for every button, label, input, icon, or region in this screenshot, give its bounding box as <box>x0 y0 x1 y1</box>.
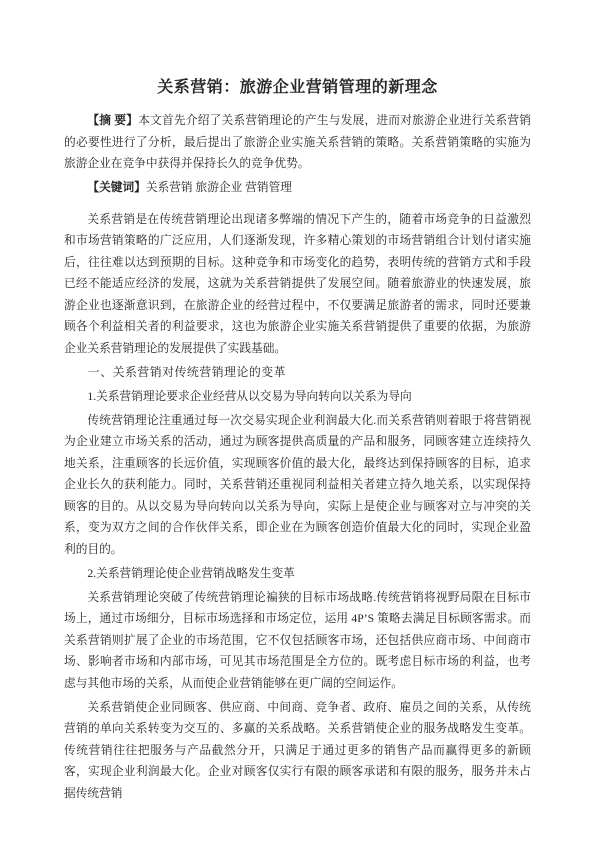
abstract-paragraph: 【摘 要】本文首先介绍了关系营销理论的产生与发展，进而对旅游企业进行关系营销的必… <box>64 110 531 175</box>
document-page: 关系营销：旅游企业营销管理的新理念 【摘 要】本文首先介绍了关系营销理论的产生与… <box>0 0 595 842</box>
section-heading-1: 一、关系营销对传统营销理论的变革 <box>64 362 531 384</box>
keywords-text: 关系营销 旅游企业 营销管理 <box>146 181 292 194</box>
body-paragraph-service-strategy: 关系营销使企业同顾客、供应商、中间商、竞争者、政府、雇员之间的关系，从传统营销的… <box>64 697 531 805</box>
keywords-paragraph: 【关键词】关系营销 旅游企业 营销管理 <box>64 177 531 199</box>
body-paragraph-intro: 关系营销是在传统营销理论出现诸多弊端的情况下产生的，随着市场竞争的日益激烈和市场… <box>64 209 531 360</box>
body-paragraph-market-strategy: 关系营销理论突破了传统营销理论褊狭的目标市场战略.传统营销将视野局限在目标市场上… <box>64 587 531 695</box>
body-paragraph-transaction-to-relationship: 传统营销理论注重通过每一次交易实现企业利润最大化.而关系营销则着眼于将营销视为企… <box>64 410 531 561</box>
subsection-heading-2: 2.关系营销理论使企业营销战略发生变革 <box>64 563 531 585</box>
abstract-label: 【摘 要】 <box>87 114 138 127</box>
document-title: 关系营销：旅游企业营销管理的新理念 <box>64 76 531 100</box>
subsection-heading-1: 1.关系营销理论要求企业经营从以交易为导向转向以关系为导向 <box>64 386 531 408</box>
keywords-label: 【关键词】 <box>87 181 145 194</box>
